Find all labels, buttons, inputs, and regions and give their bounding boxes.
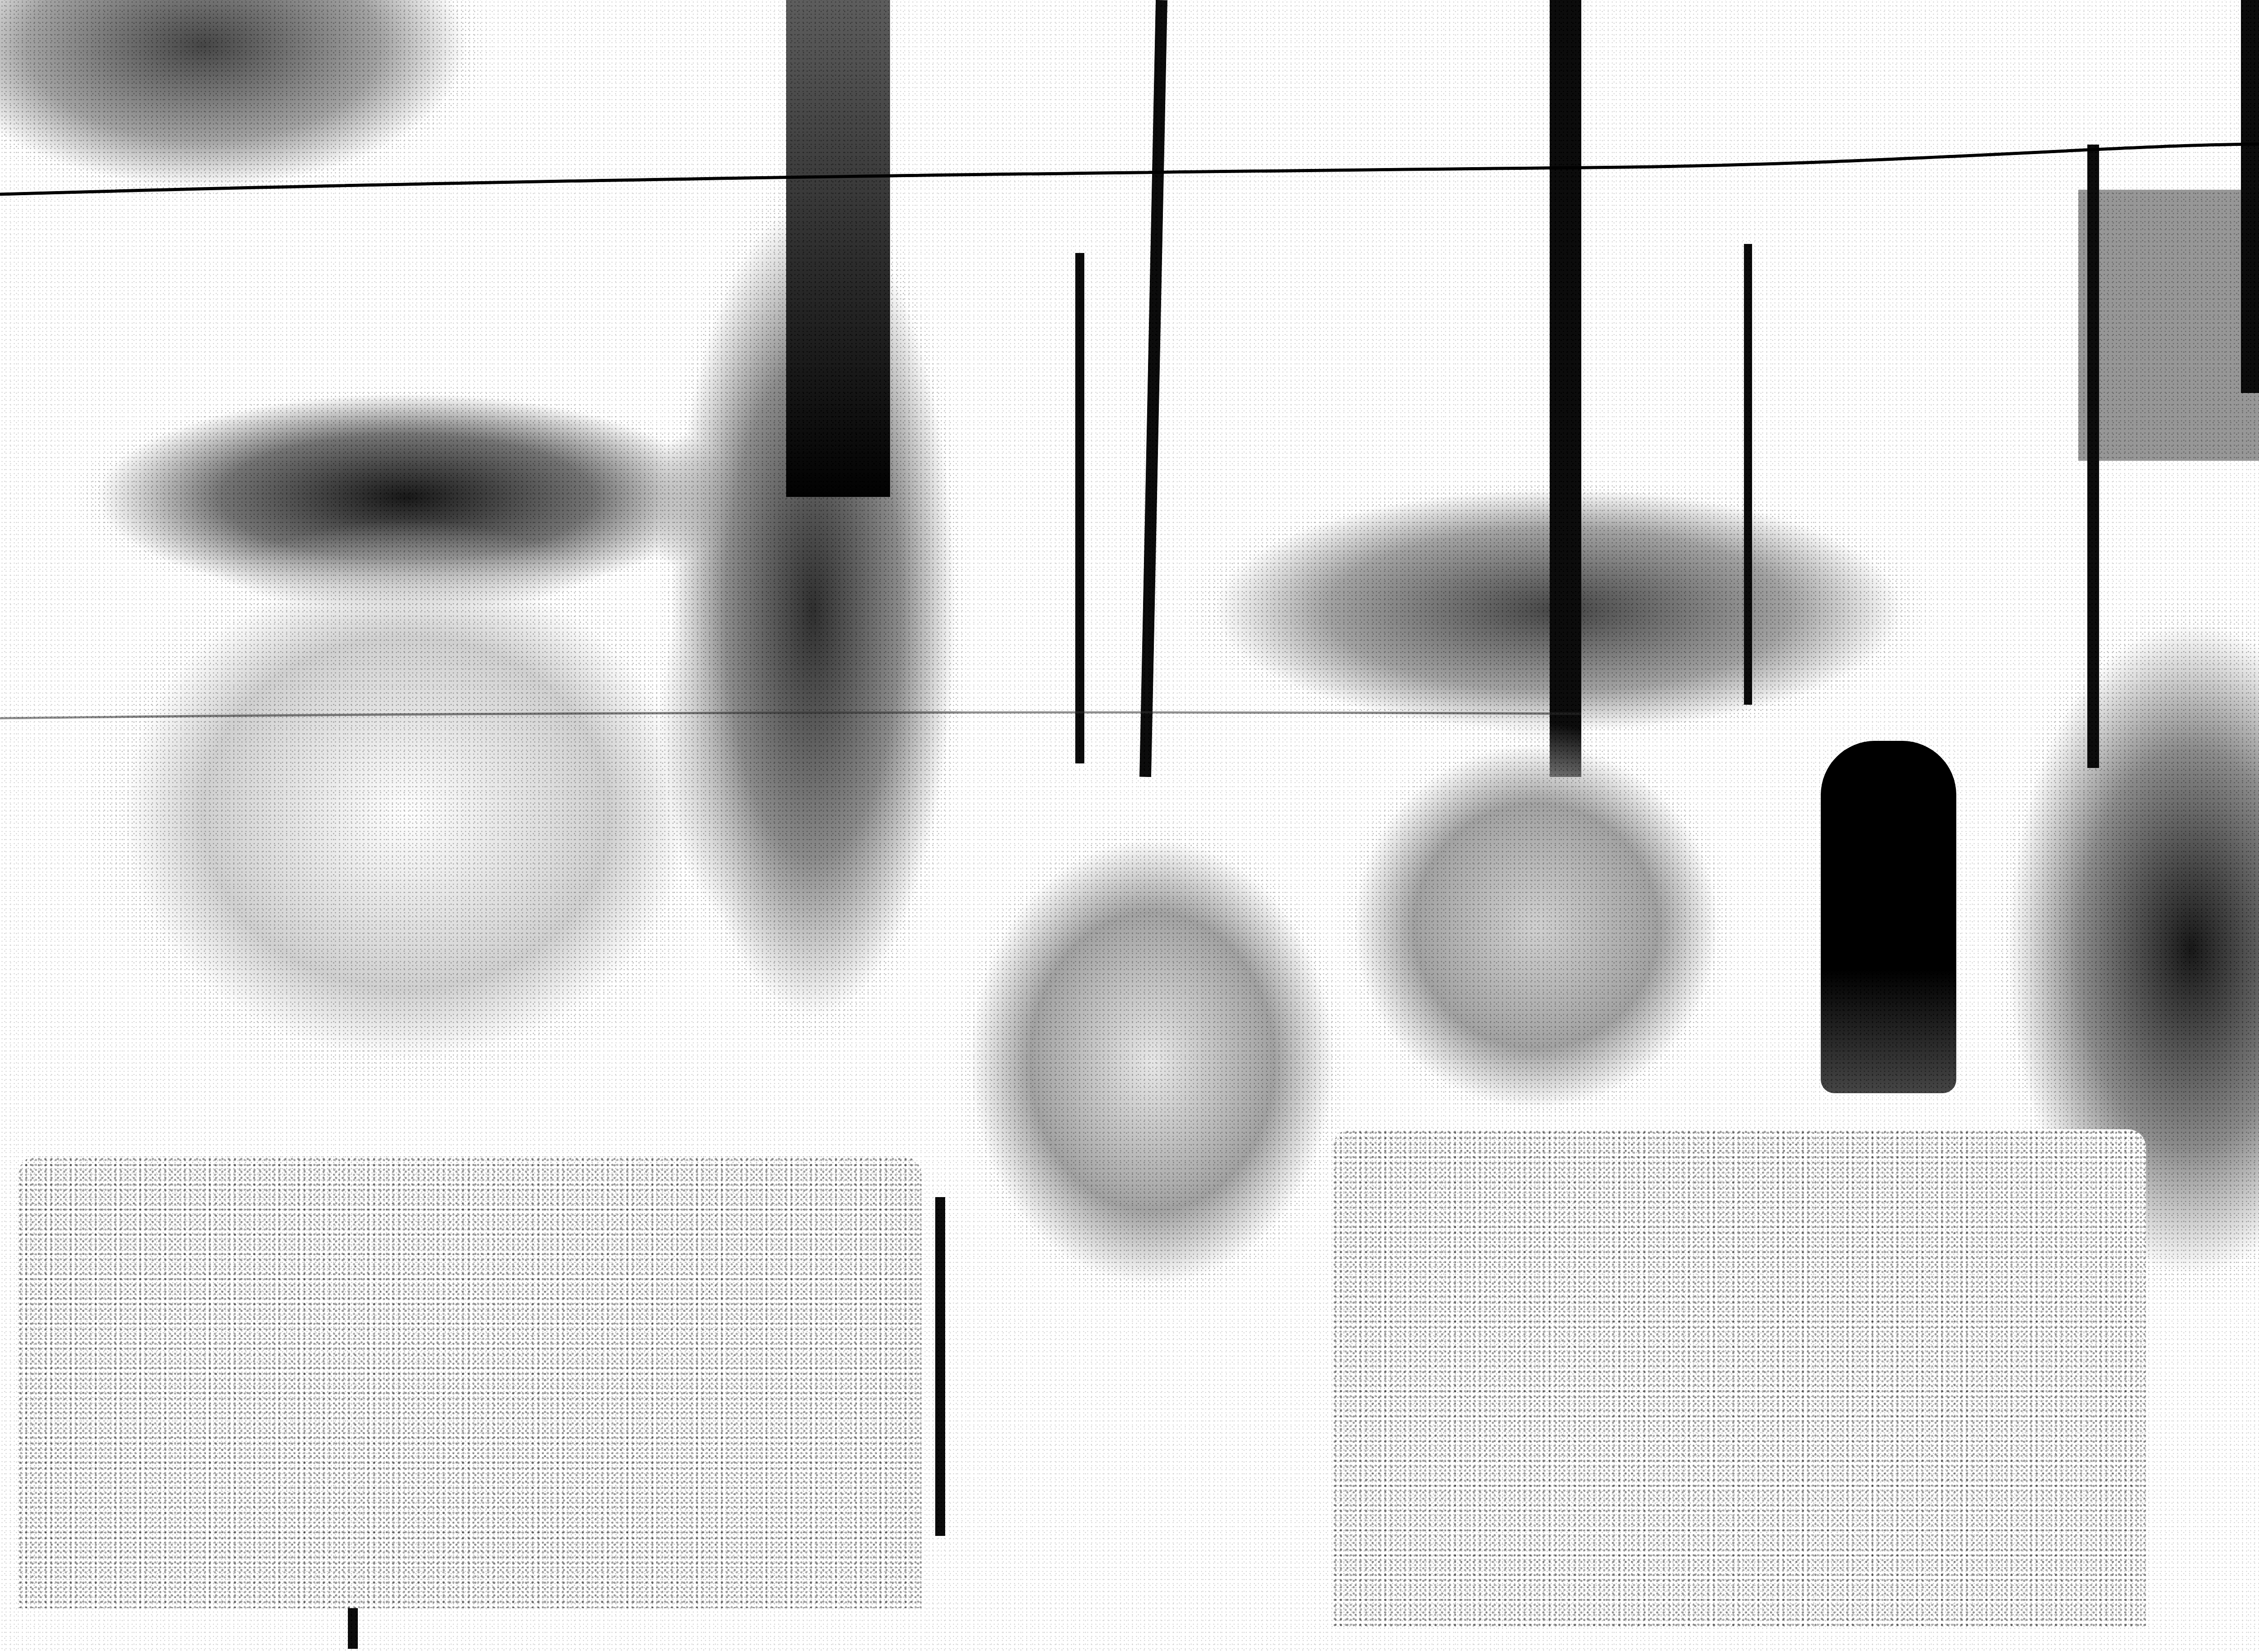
film-grain — [0, 0, 2259, 1652]
photo-collage — [0, 0, 2259, 1652]
